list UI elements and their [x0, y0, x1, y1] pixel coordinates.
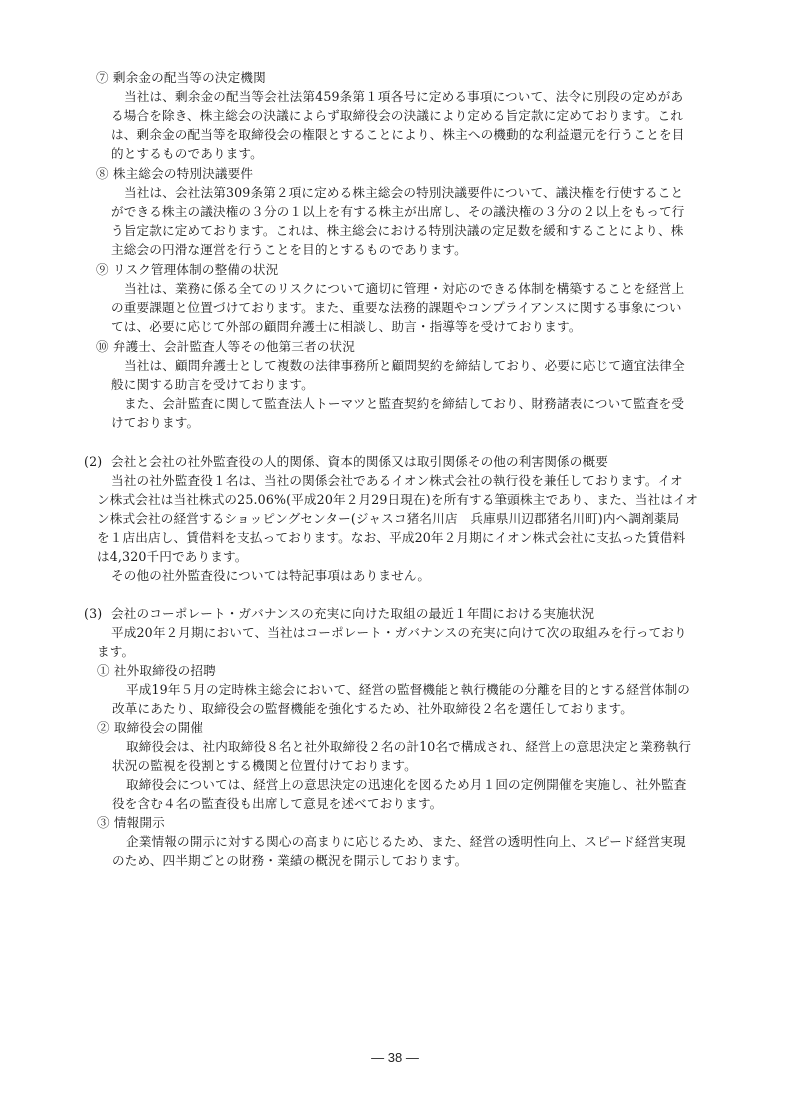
section-3-label: (3)	[84, 604, 102, 623]
section-2-line-5: は4,320千円であります。	[97, 547, 248, 566]
item-8-line-4: 主総会の円滑な運営を行うことを目的とするものであります。	[111, 240, 467, 259]
item-8-heading: ⑧ 株主総会の特別決議要件	[96, 164, 253, 183]
item-7-heading: ⑦ 剰余金の配当等の決定機関	[96, 68, 266, 87]
item-10-line-4: けております。	[111, 413, 199, 432]
section-3-title: 会社のコーポレート・ガバナンスの充実に向けた取組の最近１年間における実施状況	[111, 604, 594, 623]
section-3-item-1-heading: ① 社外取締役の招聘	[97, 661, 216, 680]
section-2-label: (2)	[84, 452, 102, 471]
section-3-item-2-line-1: 取締役会は、社内取締役８名と社外取締役２名の計10名で構成され、経営上の意思決定…	[126, 737, 691, 756]
item-10-heading: ⑩ 弁護士、会計監査人等その他第三者の状況	[96, 337, 355, 356]
section-3-item-2-line-4: 役を含む４名の監査役も出席して意見を述べております。	[112, 794, 442, 813]
item-10-line-1: 当社は、顧問弁護士として複数の法律事務所と顧問契約を締結しており、必要に応じて適…	[124, 356, 685, 375]
section-2-line-2: ン株式会社は当社株式の25.06%(平成20年２月29日現在)を所有する筆頭株主…	[97, 490, 698, 509]
document-page: ⑦ 剰余金の配当等の決定機関 当社は、剰余金の配当等会社法第459条第１項各号に…	[0, 0, 790, 1118]
section-3-item-3-heading: ③ 情報開示	[97, 813, 165, 832]
section-3-item-3-line-2: のため、四半期ごとの財務・業績の概況を開示しております。	[112, 851, 467, 870]
item-7-line-3: は、剰余金の配当等を取締役会の権限とすることにより、株主への機動的な利益還元を行…	[111, 125, 684, 144]
section-2-line-3: ン株式会社の経営するショッピングセンター(ジャスコ猪名川店 兵庫県川辺郡猪名川町…	[97, 509, 679, 528]
item-10-line-3: また、会計監査に関して監査法人トーマツと監査契約を締結しており、財務諸表について…	[124, 394, 684, 413]
section-3-intro-line-2: ます。	[97, 642, 134, 661]
item-9-line-2: の重要課題と位置づけております。また、重要な法務的課題やコンプライアンスに関する…	[111, 298, 682, 317]
section-3-item-2-heading: ② 取締役会の開催	[97, 718, 203, 737]
item-9-heading: ⑨ リスク管理体制の整備の状況	[96, 260, 278, 279]
item-7-line-2: る場合を除き、株主総会の決議によらず取締役会の決議により定める旨定款に定めており…	[111, 106, 683, 125]
item-8-line-1: 当社は、会社法第309条第２項に定める株主総会の特別決議要件について、議決権を行…	[124, 183, 683, 202]
section-3-item-1-line-1: 平成19年５月の定時株主総会において、経営の監督機能と執行機能の分離を目的とする…	[126, 680, 690, 699]
item-9-line-1: 当社は、業務に係る全てのリスクについて適切に管理・対応のできる体制を構築すること…	[124, 279, 684, 298]
item-8-line-3: う旨定款に定めております。これは、株主総会における特別決議の定足数を緩和すること…	[111, 221, 683, 240]
page-number: — 38 —	[0, 1050, 790, 1065]
section-3-intro-line-1: 平成20年２月期において、当社はコーポレート・ガバナンスの充実に向けて次の取組み…	[111, 623, 687, 642]
section-2-line-1: 当社の社外監査役１名は、当社の関係会社であるイオン株式会社の執行役を兼任しており…	[111, 471, 683, 490]
section-2-line-6: その他の社外監査役については特記事項はありません。	[111, 566, 430, 585]
section-2-title: 会社と会社の社外監査役の人的関係、資本的関係又は取引関係その他の利害関係の概要	[111, 452, 608, 471]
item-8-line-2: ができる株主の議決権の３分の１以上を有する株主が出席し、その議決権の３分の２以上…	[111, 202, 684, 221]
section-2-line-4: を１店出店し、賃借料を支払っております。なお、平成20年２月期にイオン株式会社に…	[97, 528, 685, 547]
item-7-line-1: 当社は、剰余金の配当等会社法第459条第１項各号に定める事項について、法令に別段…	[124, 87, 683, 106]
section-3-item-1-line-2: 改革にあたり、取締役会の監督機能を強化するため、社外取締役２名を選任しております…	[112, 699, 633, 718]
item-7-line-4: 的とするものであります。	[111, 144, 263, 163]
section-3-item-3-line-1: 企業情報の開示に対する関心の高まりに応じるため、また、経営の透明性向上、スピード…	[126, 832, 686, 851]
section-3-item-2-line-2: 状況の監視を役割とする機関と位置付けております。	[112, 756, 417, 775]
section-3-item-2-line-3: 取締役会については、経営上の意思決定の迅速化を図るため月１回の定例開催を実施し、…	[126, 775, 686, 794]
item-9-line-3: ては、必要に応じて外部の顧問弁護士に相談し、助言・指導等を受けております。	[111, 317, 582, 336]
item-10-line-2: 般に関する助言を受けております。	[111, 375, 314, 394]
